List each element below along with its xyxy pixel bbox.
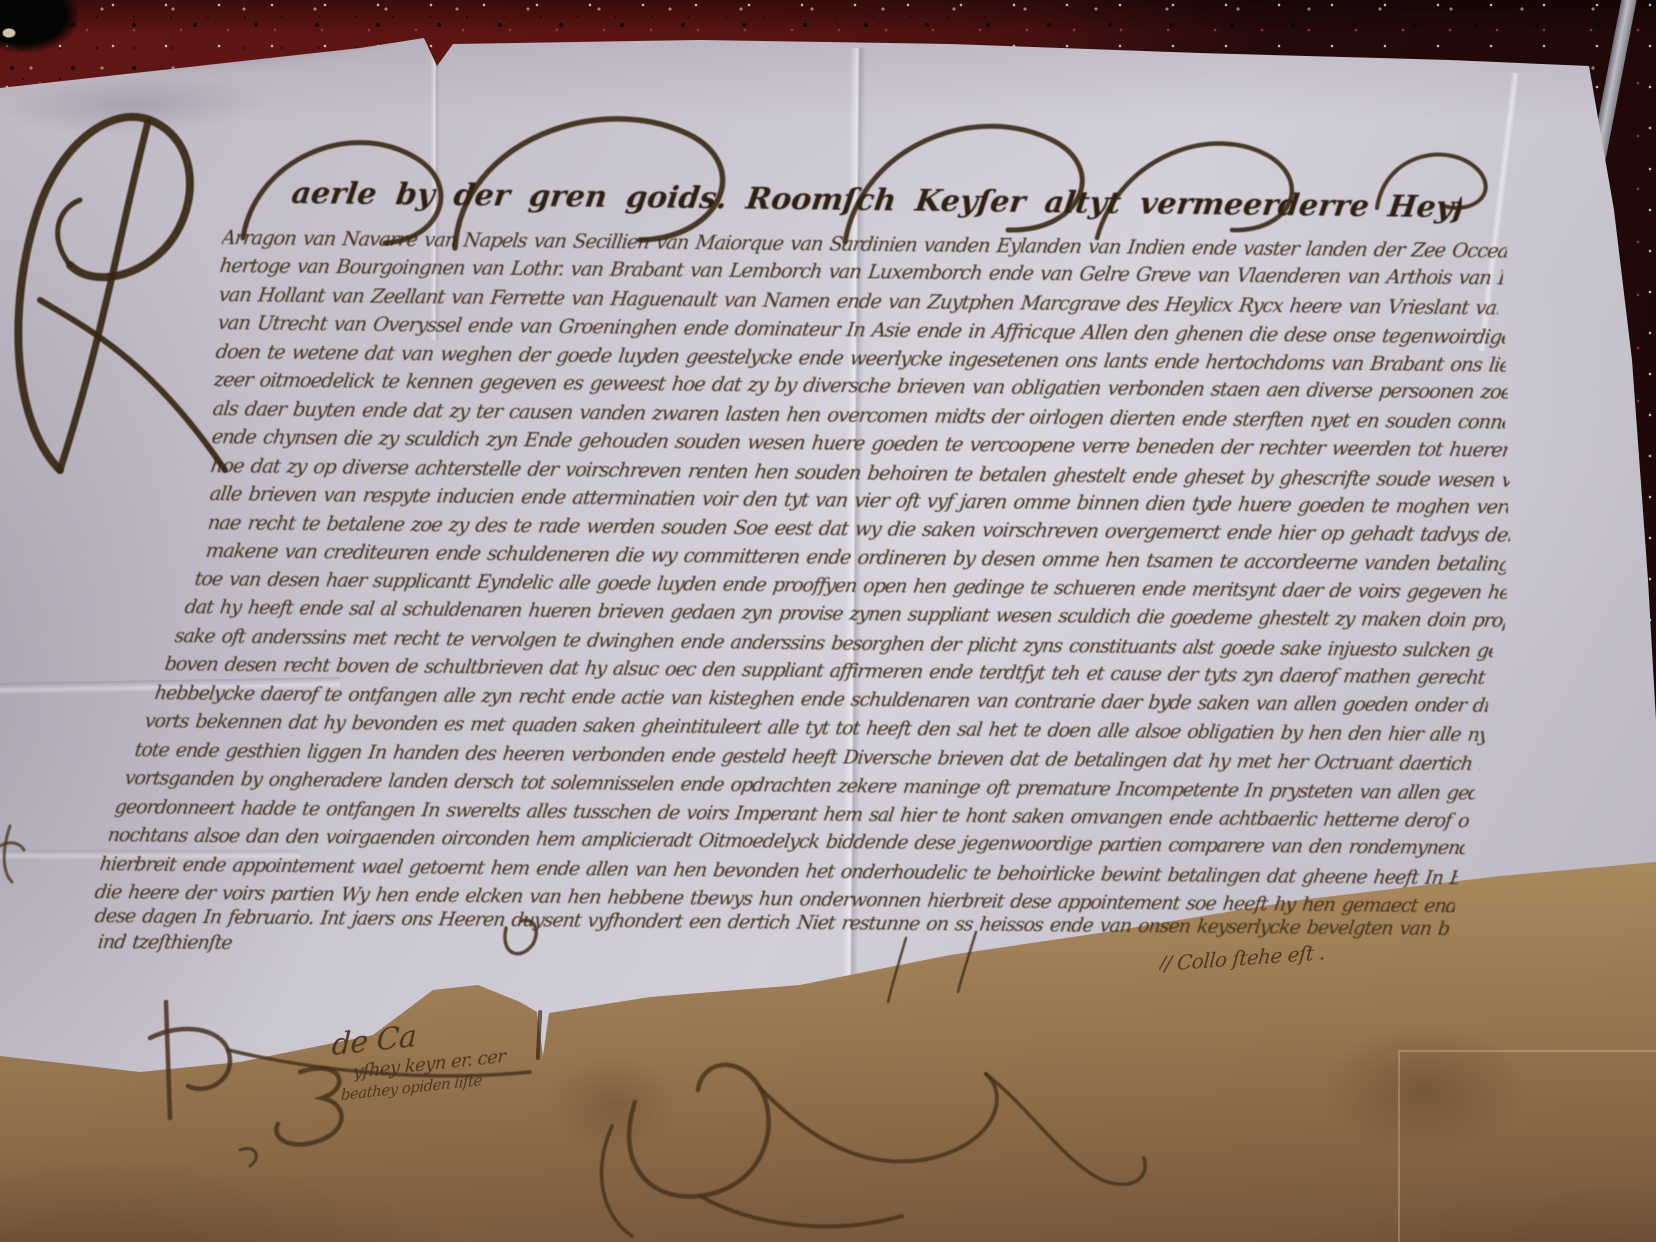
stain-smudge bbox=[548, 1055, 678, 1155]
carpet-light-fleck bbox=[2, 28, 16, 38]
photo-of-manuscript: aerle by der gren goids. Roomſch Keyſer … bbox=[0, 0, 1656, 1242]
carpet-dark-motif bbox=[0, 0, 78, 52]
fold-mark-line bbox=[1398, 1050, 1656, 1052]
fold-mark-line bbox=[1398, 1052, 1400, 1242]
manuscript-closing-line: ind tzeſthienſte bbox=[98, 931, 498, 956]
stain-smudge bbox=[1320, 1025, 1530, 1155]
